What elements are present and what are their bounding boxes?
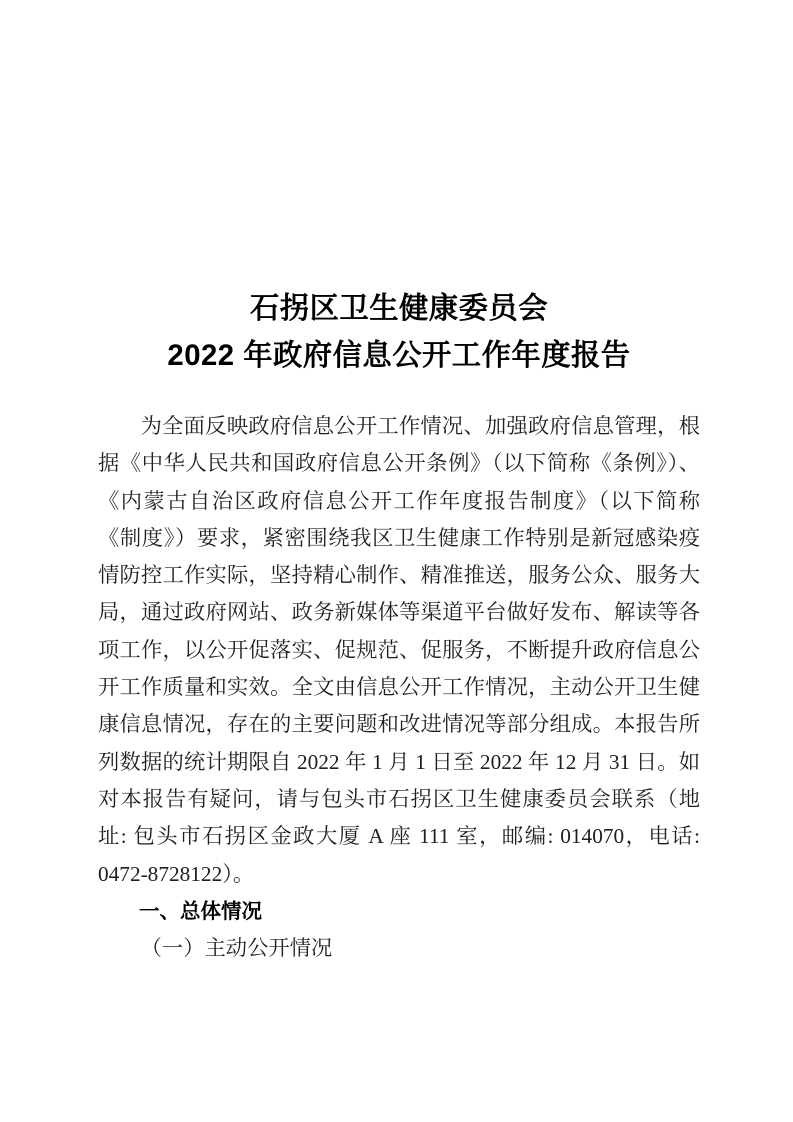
subsection-heading-active-disclosure: （一）主动公开情况: [98, 930, 700, 967]
document-body: 为全面反映政府信息公开工作情况、加强政府信息管理，根据《中华人民共和国政府信息公…: [98, 408, 700, 967]
title-line-2: 2022 年政府信息公开工作年度报告: [98, 333, 700, 380]
section-heading-overall-situation: 一、总体情况: [98, 893, 700, 930]
document-title: 石拐区卫生健康委员会 2022 年政府信息公开工作年度报告: [98, 286, 700, 379]
intro-paragraph: 为全面反映政府信息公开工作情况、加强政府信息管理，根据《中华人民共和国政府信息公…: [98, 408, 700, 893]
document-page: 石拐区卫生健康委员会 2022 年政府信息公开工作年度报告 为全面反映政府信息公…: [0, 0, 793, 1122]
title-line-1: 石拐区卫生健康委员会: [98, 286, 700, 333]
